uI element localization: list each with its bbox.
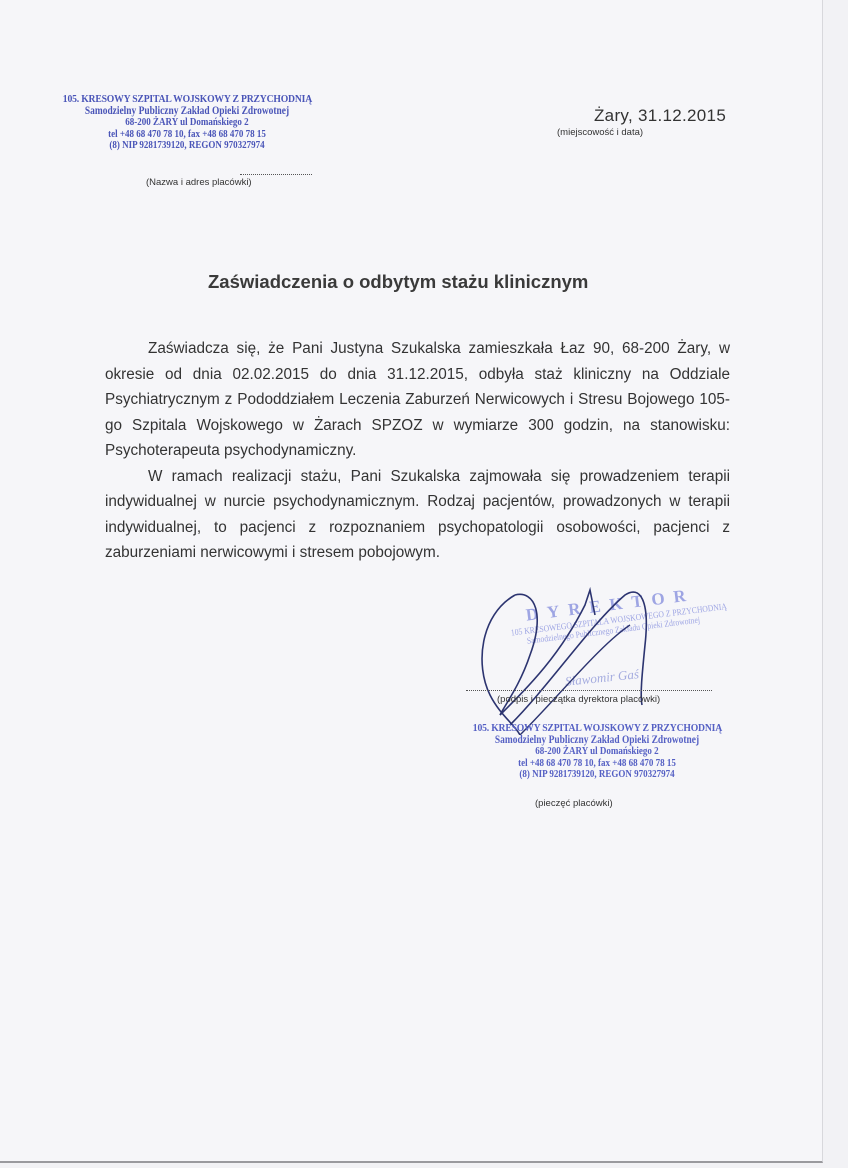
stamp-line-3: 68-200 ŻARY ul Domańskiego 2 <box>476 746 719 758</box>
signature-dotted-line <box>466 690 712 691</box>
body-paragraph-2: W ramach realizacji stażu, Pani Szukalsk… <box>105 464 730 566</box>
body-paragraph-1: Zaświadcza się, że Pani Justyna Szukalsk… <box>105 336 730 464</box>
handwritten-signature-icon <box>460 585 710 735</box>
institution-stamp-top: 105. KRESOWY SZPITAL WOJSKOWY Z PRZYCHOD… <box>52 94 322 152</box>
document-page: 105. KRESOWY SZPITAL WOJSKOWY Z PRZYCHOD… <box>0 0 823 1163</box>
stamp-line-5: (8) NIP 9281739120, REGON 970327974 <box>476 769 719 781</box>
stamp-line-3: 68-200 ŻARY ul Domańskiego 2 <box>66 117 309 129</box>
stamp-line-5: (8) NIP 9281739120, REGON 970327974 <box>66 140 309 152</box>
place-date: Żary, 31.12.2015 <box>594 106 726 126</box>
signature-caption: (podpis i pieczątka dyrektora placówki) <box>497 694 660 705</box>
stamp-line-2: Samodzielny Publiczny Zakład Opieki Zdro… <box>486 735 707 747</box>
stamp-line-4: tel +48 68 470 78 10, fax +48 68 470 78 … <box>66 129 309 141</box>
footer-stamp-caption: (pieczęć placówki) <box>535 798 613 809</box>
institution-stamp-bottom: 105. KRESOWY SZPITAL WOJSKOWY Z PRZYCHOD… <box>462 723 732 781</box>
place-date-caption: (miejscowość i data) <box>557 127 643 138</box>
institution-dotted-line <box>240 174 312 175</box>
document-title: Zaświadczenia o odbytym stażu klinicznym <box>208 271 588 293</box>
document-body: Zaświadcza się, że Pani Justyna Szukalsk… <box>105 336 730 566</box>
stamp-line-2: Samodzielny Publiczny Zakład Opieki Zdro… <box>76 106 297 118</box>
institution-caption: (Nazwa i adres placówki) <box>146 177 252 188</box>
stamp-line-4: tel +48 68 470 78 10, fax +48 68 470 78 … <box>476 758 719 770</box>
